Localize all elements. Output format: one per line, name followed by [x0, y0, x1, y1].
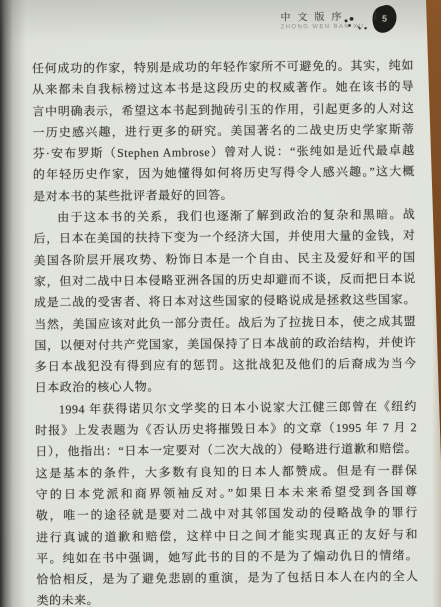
- text-line: 敬，唯一的途径就是要对二战中对其邻国发动的侵略战争的罪行: [36, 503, 418, 528]
- page-number-badge: 5: [370, 4, 398, 34]
- text-line: 类的未来。: [37, 588, 419, 607]
- book-photo: 中文版序 ZHONG WEN BAN XU 5: [0, 0, 441, 607]
- book-page: 中文版序 ZHONG WEN BAN XU 5: [0, 0, 441, 607]
- text-line: 进行真诚的道歉和赔偿，这样中日之间才能实现真正的友好与和: [36, 524, 418, 549]
- page-content: 中文版序 ZHONG WEN BAN XU 5: [0, 0, 441, 607]
- text-line: 后，日本在美国的扶持下变为一个经济大国，并使用大量的金钱，对: [33, 226, 415, 251]
- text-line: 恰恰相反，是为了避免悲剧的重演，是为了包括日本人在内的全人: [36, 566, 418, 591]
- decorative-dots-icon: [342, 16, 368, 32]
- text-line: 日），他指出：“日本一定要对（二次大战的）侵略进行道歉和赔偿。: [35, 439, 417, 464]
- body-text: 任何成功的作家，特别是成功的年轻作家所不可避免的。其实，纯如从来都未自我标榜过这…: [32, 55, 419, 607]
- page-header: 中文版序 ZHONG WEN BAN XU 5: [280, 5, 410, 40]
- text-line: 多日本战犯没有得到应有的惩罚。这批战犯及他们的后裔成为当今: [34, 353, 416, 378]
- text-line: 从来都未自我标榜过这本书是这段历史的权威著作。她在该书的导: [32, 77, 414, 102]
- page-number: 5: [370, 4, 398, 34]
- text-line: 的年轻历史作家，因为她懂得如何将历史写得令人感兴趣。”这大概: [33, 162, 415, 187]
- text-line: 成是二战的受害者、将日本对这些国家的侵略说成是拯救这些国家。: [34, 290, 416, 315]
